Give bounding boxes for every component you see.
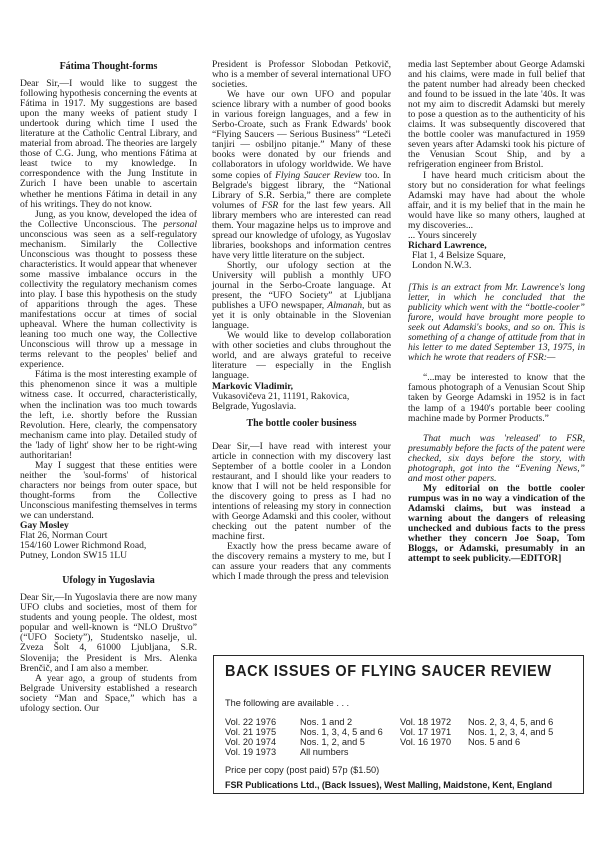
back-issues-list-left: Vol. 22 1976Nos. 1 and 2 Vol. 21 1975Nos…	[225, 717, 425, 762]
back-issues-title: BACK ISSUES OF FLYING SAUCER REVIEW	[225, 664, 552, 681]
editor-note-3: My editorial on the bottle cooler rumpus…	[408, 484, 585, 564]
back-issues-list-right: Vol. 18 1972Nos. 2, 3, 4, 5, and 6 Vol. …	[400, 717, 580, 752]
letter-heading-fatima: Fátima Thought-forms	[20, 61, 197, 73]
yugoslavia-paragraph-4: Shortly, our ufology section at the Univ…	[212, 261, 391, 331]
bottle-cooler-paragraph-3: I have heard much criticism about the st…	[408, 171, 585, 231]
bottle-cooler-signature: ... Yours sincerely Richard Lawrence, Fl…	[408, 231, 585, 271]
yugoslavia-paragraph-2: A year ago, a group of students from Bel…	[20, 674, 197, 714]
yugoslavia-signature: Markovic Vladimir, Vukasovičeva 21, 1119…	[212, 382, 391, 412]
fatima-paragraph-3: Fátima is the most interesting example o…	[20, 370, 197, 460]
fatima-paragraph-1: Dear Sir,—I would like to suggest the fo…	[20, 79, 197, 210]
quoted-letter: “...may be interested to know that the f…	[408, 373, 585, 423]
back-issues-publisher: FSR Publications Ltd., (Back Issues), We…	[225, 780, 552, 790]
bottle-cooler-paragraph-2: Exactly how the press became aware of th…	[212, 542, 391, 582]
column-3: media last September about George Adamsk…	[408, 60, 585, 564]
column-1: Fátima Thought-forms Dear Sir,—I would l…	[20, 61, 197, 714]
editor-note: [This is an extract from Mr. Lawrence's …	[408, 283, 585, 363]
column-2: President is Professor Slobodan Petkovič…	[212, 60, 391, 582]
yugoslavia-paragraph-1: Dear Sir,—In Yugoslavia there are now ma…	[20, 593, 197, 673]
editor-note-2: That much was 'released' to FSR, presuma…	[408, 434, 585, 484]
bottle-cooler-paragraph-1: Dear Sir,—I have read with interest your…	[212, 442, 391, 542]
fatima-paragraph-4: May I suggest that these entities were n…	[20, 461, 197, 521]
fatima-signature: Gay Mosley Flat 26, Norman Court 154/160…	[20, 521, 197, 561]
bottle-cooler-paragraph-2-cont: media last September about George Adamsk…	[408, 60, 585, 171]
back-issues-subtitle: The following are available . . .	[225, 698, 349, 708]
back-issues-advert: BACK ISSUES OF FLYING SAUCER REVIEW The …	[213, 655, 584, 794]
back-issues-price: Price per copy (post paid) 57p ($1.50)	[225, 765, 379, 775]
yugoslavia-paragraph-5: We would like to develop collaboration w…	[212, 331, 391, 381]
letter-heading-bottle-cooler: The bottle cooler business	[212, 418, 391, 430]
yugoslavia-paragraph-3: We have our own UFO and popular science …	[212, 90, 391, 261]
letter-heading-yugoslavia: Ufology in Yugoslavia	[20, 575, 197, 587]
yugoslavia-paragraph-2-cont: President is Professor Slobodan Petkovič…	[212, 60, 391, 90]
fatima-paragraph-2: Jung, as you know, developed the idea of…	[20, 210, 197, 371]
